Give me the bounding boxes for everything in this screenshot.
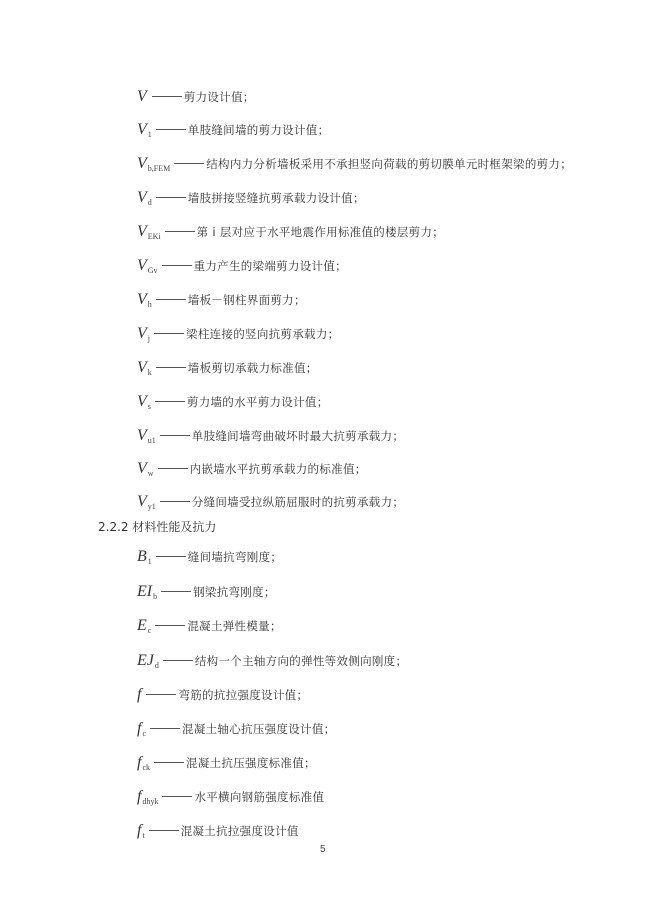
description: 混凝土弹性模量；: [187, 618, 281, 634]
symbol: V: [137, 393, 147, 411]
description: 缝间墙抗弯刚度；: [188, 549, 282, 565]
em-dash: [165, 231, 195, 232]
em-dash: [146, 694, 176, 695]
symbol-entry: Vs剪力墙的水平剪力设计值；: [137, 393, 329, 415]
symbol: f: [137, 720, 141, 738]
description: 剪力墙的水平剪力设计值；: [187, 394, 329, 410]
subscript: dhyk: [142, 797, 158, 806]
description: 第 i 层对应于水平地震作用标准值的楼层剪力；: [197, 224, 444, 240]
description: 结构一个主轴方向的弹性等效侧向刚度；: [195, 653, 407, 669]
symbol: V: [137, 493, 147, 511]
symbol-entry: Vh墙板－钢柱界面剪力；: [137, 291, 306, 313]
symbol-entry: EJd结构一个主轴方向的弹性等效侧向刚度；: [137, 652, 407, 674]
description: 钢梁抗弯刚度；: [193, 584, 276, 600]
em-dash: [162, 265, 192, 266]
subscript: s: [148, 402, 151, 411]
subscript: u1: [148, 436, 156, 445]
symbol-entry: Vd墙肢拼接竖缝抗剪承载力设计值；: [137, 189, 365, 211]
subscript: t: [142, 831, 144, 840]
subscript: EKi: [148, 232, 161, 241]
symbol-entry: fdhyk水平横向钢筋强度标准值: [137, 788, 324, 810]
description: 混凝土抗拉强度设计值: [181, 823, 299, 839]
description: 剪力设计值；: [184, 89, 255, 105]
description: 单肢缝间墙的剪力设计值；: [188, 122, 330, 138]
description: 重力产生的梁端剪力设计值；: [194, 258, 347, 274]
page-number: 5: [320, 844, 326, 855]
symbol: B: [137, 548, 147, 566]
description: 墙肢拼接竖缝抗剪承载力设计值；: [188, 190, 365, 206]
description: 分缝间墙受拉纵筋屈服时的抗剪承载力；: [192, 494, 404, 510]
description: 弯筋的抗拉强度设计值；: [178, 687, 308, 703]
subscript: d: [148, 198, 152, 207]
symbol: V: [137, 189, 147, 207]
symbol: V: [137, 359, 147, 377]
subscript: d: [155, 661, 159, 670]
symbol: V: [137, 223, 147, 241]
subscript: k: [148, 368, 152, 377]
em-dash: [174, 163, 204, 164]
em-dash: [161, 591, 191, 592]
symbol-entry: V1单肢缝间墙的剪力设计值；: [137, 121, 329, 143]
symbol-entry: VEKi第 i 层对应于水平地震作用标准值的楼层剪力；: [137, 223, 444, 245]
symbol-entry: Vb,FEM结构内力分析墙板采用不承担竖向荷载的剪切膜单元时框架梁的剪力；: [137, 155, 572, 177]
symbol: V: [137, 121, 147, 139]
symbol-entry: f弯筋的抗拉强度设计值；: [137, 686, 308, 708]
subscript: ck: [142, 763, 150, 772]
symbol: f: [137, 686, 141, 704]
em-dash: [156, 367, 186, 368]
subscript: j: [148, 334, 150, 343]
em-dash: [155, 625, 185, 626]
symbol: f: [137, 822, 141, 840]
em-dash: [163, 660, 193, 661]
symbol-entry: Vj梁柱连接的竖向抗剪承载力；: [137, 325, 339, 347]
em-dash: [160, 501, 190, 502]
description: 混凝土轴心抗压强度设计值；: [182, 721, 335, 737]
em-dash: [162, 796, 192, 797]
symbol-entry: ft混凝土抗拉强度设计值: [137, 822, 299, 844]
em-dash: [149, 830, 179, 831]
description: 墙板－钢柱界面剪力；: [188, 292, 306, 308]
em-dash: [154, 333, 184, 334]
symbol: V: [137, 257, 147, 275]
description: 结构内力分析墙板采用不承担竖向荷载的剪切膜单元时框架梁的剪力；: [206, 156, 572, 172]
description: 水平横向钢筋强度标准值: [194, 789, 324, 805]
em-dash: [150, 728, 180, 729]
em-dash: [156, 556, 186, 557]
em-dash: [155, 401, 185, 402]
description: 单肢缝间墙弯曲破坏时最大抗剪承载力；: [192, 428, 404, 444]
description: 梁柱连接的竖向抗剪承载力；: [186, 326, 339, 342]
symbol-entry: fck混凝土抗压强度标准值；: [137, 754, 316, 776]
em-dash: [156, 197, 186, 198]
section-heading: 2.2.2 材料性能及抗力: [98, 518, 216, 535]
document-page: V剪力设计值； V1单肢缝间墙的剪力设计值； Vb,FEM结构内力分析墙板采用不…: [0, 0, 650, 919]
subscript: c: [142, 729, 146, 738]
subscript: y1: [148, 502, 156, 511]
symbol-entry: VGv重力产生的梁端剪力设计值；: [137, 257, 347, 279]
symbol: f: [137, 788, 141, 806]
symbol-entry: Vu1单肢缝间墙弯曲破坏时最大抗剪承载力；: [137, 427, 404, 449]
subscript: h: [148, 300, 152, 309]
symbol: EJ: [137, 652, 154, 670]
symbol-entry: EIb钢梁抗弯刚度；: [137, 583, 276, 605]
subscript: c: [148, 626, 152, 635]
subscript: Gv: [148, 266, 158, 275]
em-dash: [156, 299, 186, 300]
em-dash: [160, 435, 190, 436]
symbol-entry: Vk墙板剪切承载力标准值；: [137, 359, 318, 381]
symbol-entry: V剪力设计值；: [137, 88, 255, 110]
subscript: 1: [148, 130, 152, 139]
em-dash: [158, 468, 188, 469]
description: 内嵌墙水平抗剪承载力的标准值；: [190, 461, 367, 477]
subscript: b,FEM: [148, 164, 170, 173]
description: 混凝土抗压强度标准值；: [186, 755, 316, 771]
symbol-entry: Vy1分缝间墙受拉纵筋屈服时的抗剪承载力；: [137, 493, 404, 515]
em-dash: [156, 129, 186, 130]
symbol-entry: Vw内嵌墙水平抗剪承载力的标准值；: [137, 460, 367, 482]
subscript: 1: [148, 557, 152, 566]
symbol: EI: [137, 583, 152, 601]
symbol: f: [137, 754, 141, 772]
symbol: V: [137, 88, 147, 106]
subscript: w: [148, 469, 154, 478]
subscript: b: [153, 592, 157, 601]
symbol: V: [137, 291, 147, 309]
symbol: E: [137, 617, 147, 635]
symbol: V: [137, 460, 147, 478]
em-dash: [154, 762, 184, 763]
symbol-entry: Ec混凝土弹性模量；: [137, 617, 282, 639]
symbol: V: [137, 325, 147, 343]
symbol-entry: B1缝间墙抗弯刚度；: [137, 548, 282, 570]
symbol-entry: fc混凝土轴心抗压强度设计值；: [137, 720, 335, 742]
symbol: V: [137, 155, 147, 173]
em-dash: [152, 96, 182, 97]
description: 墙板剪切承载力标准值；: [188, 360, 318, 376]
symbol: V: [137, 427, 147, 445]
